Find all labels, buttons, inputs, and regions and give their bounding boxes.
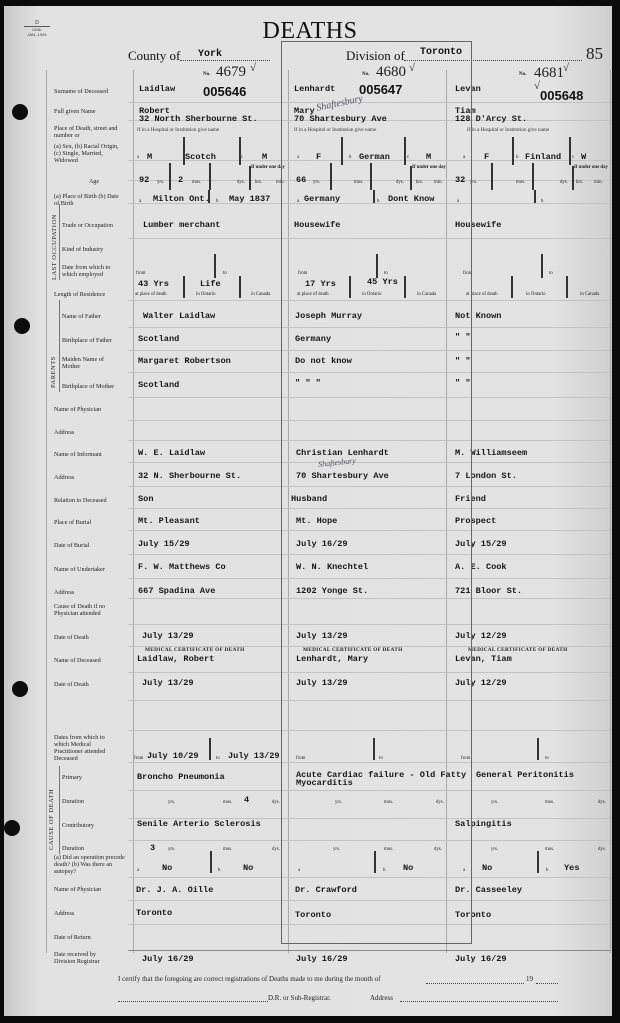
informant-address: 7 London St. <box>455 471 517 481</box>
death-date-2: July 13/29 <box>296 678 348 688</box>
birth-place: Germany <box>304 194 340 204</box>
birth-date: Dont Know <box>388 194 434 204</box>
divider <box>491 163 493 190</box>
divider <box>569 137 571 165</box>
label-return-date: Date of Return <box>54 934 134 941</box>
label-residence: Length of Residence <box>54 291 134 298</box>
informant-name: W. E. Laidlaw <box>138 448 205 458</box>
undertaker-address: 721 Bloor St. <box>455 586 522 596</box>
mother-maiden-name: Margaret Robertson <box>138 356 231 366</box>
punch-hole <box>12 681 28 697</box>
record-number: 4679 <box>216 64 246 81</box>
divider <box>404 137 406 165</box>
checkmark: √ <box>409 62 415 74</box>
trade: Housewife <box>294 220 340 230</box>
residence-place: 43 Yrs <box>138 279 169 289</box>
undertaker-address: 667 Spadina Ave <box>138 586 215 596</box>
marital-status: M <box>262 152 267 162</box>
grid-line <box>128 397 610 398</box>
marital-status: W <box>581 152 586 162</box>
grid-line <box>128 327 610 328</box>
father-birthplace: Scotland <box>138 334 179 344</box>
label-given-name: Full given Name <box>54 108 134 115</box>
registrar-label: D.R. or Sub-Registrar. <box>268 994 331 1002</box>
label-undertaker-address: Address <box>54 589 134 596</box>
divider <box>537 851 539 873</box>
divider <box>330 163 332 190</box>
grid-line <box>128 486 610 487</box>
place-of-death: 70 Shartesbury Ave <box>294 114 387 124</box>
grid-line <box>128 350 610 351</box>
label-place-of-death: Place of Death, street and number or <box>54 125 126 139</box>
label-physician-address: Address <box>54 429 134 436</box>
autopsy: No <box>403 863 413 873</box>
registration-number: 005648 <box>540 88 583 103</box>
grid-line <box>128 672 610 673</box>
place-of-death: 32 North Sherbourne St. <box>139 114 258 124</box>
grid-line <box>128 924 610 925</box>
grid-line <box>128 730 610 731</box>
label-cause-no-physician: Cause of Death if no Physician attended <box>54 603 116 617</box>
divider <box>349 276 351 298</box>
father-birthplace: Germany <box>295 334 331 344</box>
section-cause: CAUSE OF DEATH <box>48 789 55 850</box>
date-received: July 16/29 <box>296 954 348 964</box>
division-value: Toronto <box>420 47 462 58</box>
punch-hole <box>14 318 30 334</box>
undertaker: W. N. Knechtel <box>296 562 368 572</box>
divider <box>214 254 216 278</box>
grid-line <box>128 624 610 625</box>
label-duration-1: Duration <box>62 798 142 805</box>
divider <box>183 276 185 298</box>
informant-name: M. Williamseem <box>455 448 527 458</box>
punch-hole <box>4 820 20 836</box>
residence-place: 17 Yrs <box>305 279 336 289</box>
division-label: Division of <box>346 48 405 64</box>
label-trade: Trade or Occupation <box>62 222 142 229</box>
page-number: 85 <box>586 44 603 64</box>
grid-line <box>128 238 610 239</box>
deceased-name: Laidlaw, Robert <box>137 654 214 664</box>
grid-line <box>128 700 610 701</box>
section-bar <box>59 766 60 854</box>
grid-line <box>128 102 610 103</box>
divider <box>376 254 378 278</box>
label-age: Age <box>54 178 134 185</box>
father-name: Not Known <box>455 311 501 321</box>
section-occupation: LAST OCCUPATION <box>51 214 58 280</box>
grid-line <box>128 578 610 579</box>
burial-place: Mt. Pleasant <box>138 516 200 526</box>
registration-number: 005646 <box>203 84 246 99</box>
operation: No <box>482 863 492 873</box>
physician-address: Toronto <box>295 910 331 920</box>
label-attended-dates: Dates from which to which Medical Practi… <box>54 734 116 762</box>
operation: No <box>162 863 172 873</box>
divider <box>210 851 212 873</box>
grid-line <box>128 554 610 555</box>
label-primary: Primary <box>62 774 142 781</box>
label-burial-date: Date of Burial <box>54 542 134 549</box>
burial-date: July 15/29 <box>138 539 190 549</box>
death-date: July 13/29 <box>142 631 194 641</box>
label-informant-name: Name of Informant <box>54 451 134 458</box>
surname: Laidlaw <box>139 84 175 94</box>
trade: Lumber merchant <box>143 220 220 230</box>
label-surname: Surname of Deceased <box>54 88 134 95</box>
cause-primary: Broncho Pneumonia <box>137 772 225 782</box>
mother-birthplace: Scotland <box>138 380 179 390</box>
divider <box>373 190 375 203</box>
cause-primary: General Peritonitis <box>476 770 574 780</box>
section-bar <box>59 300 60 392</box>
divider <box>404 276 406 298</box>
label-industry: Kind of Industry <box>62 246 142 253</box>
label-birth: (a) Place of Birth (b) Date of Birth <box>54 193 122 207</box>
label-employed-dates: Date from which to which employed <box>62 264 124 278</box>
deceased-name: Levan, Tiam <box>455 654 512 664</box>
attended-to: July 13/29 <box>228 751 280 761</box>
label-burial-place: Place of Burial <box>54 519 134 526</box>
punch-hole <box>12 104 28 120</box>
division-line <box>404 60 582 61</box>
label-received-date: Date received by Division Registrar <box>54 951 116 965</box>
label-mother-maiden: Maiden Name of Mother <box>62 356 118 370</box>
label-sex-race-status: (a) Sex, (b) Racial Origin, (c) Single, … <box>54 143 122 164</box>
age-years: 92 <box>139 175 149 185</box>
divider <box>534 190 536 203</box>
grid-line <box>128 840 610 841</box>
grid-line <box>128 462 610 463</box>
relation: Son <box>138 494 153 504</box>
divider <box>208 190 210 203</box>
surname: Levan <box>455 84 481 94</box>
physician: Dr. Casseeley <box>455 885 522 895</box>
racial-origin: Scotch <box>185 152 216 162</box>
grid-line <box>128 790 610 791</box>
divider <box>373 738 375 760</box>
registration-number: 005647 <box>359 82 402 97</box>
grid-line <box>46 70 47 953</box>
label-death-date-2: Date of Death <box>54 681 134 688</box>
divider <box>537 738 539 760</box>
grid-line <box>128 762 610 763</box>
burial-place: Mt. Hope <box>296 516 337 526</box>
grid-line <box>128 420 610 421</box>
divider <box>512 137 514 165</box>
divider <box>374 851 376 873</box>
autopsy: Yes <box>564 863 579 873</box>
address-line <box>400 1001 558 1002</box>
cause-contributory: Salpingitis <box>455 819 512 829</box>
label-med-address: Address <box>54 910 134 917</box>
section-bar <box>59 204 60 280</box>
grid-line <box>128 440 610 441</box>
death-date-2: July 12/29 <box>455 678 507 688</box>
divider <box>532 163 534 190</box>
racial-origin: Finland <box>525 152 561 162</box>
divider <box>370 163 372 190</box>
divider <box>511 276 513 298</box>
death-date: July 13/29 <box>296 631 348 641</box>
cause-primary-line-2: Myocarditis <box>296 778 353 788</box>
label-undertaker: Name of Undertaker <box>54 566 134 573</box>
page-title: DEATHS <box>0 18 620 45</box>
label-med-physician: Name of Physician <box>54 886 134 893</box>
grid-line <box>610 70 611 953</box>
label-death-date: Date of Death <box>54 634 134 641</box>
undertaker: F. W. Matthews Co <box>138 562 226 572</box>
grid-line <box>128 530 610 531</box>
surname: Lenhardt <box>294 84 335 94</box>
record-number: 4680 <box>376 64 406 81</box>
checkmark: √ <box>563 62 569 74</box>
age-years: 66 <box>296 175 306 185</box>
mother-maiden-name: Do not know <box>295 356 352 366</box>
mother-maiden-name: " " <box>455 356 470 366</box>
divider <box>541 254 543 278</box>
death-date: July 12/29 <box>455 631 507 641</box>
physician: Dr. Crawford <box>295 885 357 895</box>
date-received: July 16/29 <box>142 954 194 964</box>
physician: Dr. J. A. Oille <box>136 885 213 895</box>
burial-place: Prospect <box>455 516 496 526</box>
divider <box>566 276 568 298</box>
age-months: 2 <box>178 175 183 185</box>
informant-address: 32 N. Sherbourne St. <box>138 471 241 481</box>
label-operation-autopsy: (a) Did an operation precede death? (b) … <box>54 854 126 875</box>
mother-birthplace: " " " <box>295 378 321 388</box>
address-label: Address <box>370 994 393 1002</box>
trade: Housewife <box>455 220 501 230</box>
racial-origin: German <box>359 152 390 162</box>
label-father-name: Name of Father <box>62 313 142 320</box>
label-father-birthplace: Birthplace of Father <box>62 337 142 344</box>
autopsy: No <box>243 863 253 873</box>
label-duration-2: Duration <box>62 845 142 852</box>
label-physician-name: Name of Physician <box>54 406 134 413</box>
grid-line <box>128 900 610 901</box>
sex: F <box>316 152 321 162</box>
residence-ontario: Life <box>200 279 221 289</box>
county-line <box>180 60 270 61</box>
section-parents: PARENTS <box>50 356 57 388</box>
birth-place: Milton Ont. <box>153 194 210 204</box>
divider <box>239 276 241 298</box>
cause-contributory: Senile Arterio Sclerosis <box>137 819 261 829</box>
divider <box>169 163 171 190</box>
label-relation: Relation to Deceased <box>54 497 134 504</box>
divider <box>209 163 211 190</box>
duration-1-days: 4 <box>244 795 249 805</box>
year-suffix: 19 <box>526 975 533 983</box>
sex: M <box>147 152 152 162</box>
label-mother-birthplace: Birthplace of Mother <box>62 383 142 390</box>
label-deceased-name: Name of Deceased <box>54 657 134 664</box>
year-line <box>536 983 558 984</box>
checkmark: √ <box>250 62 256 74</box>
burial-date: July 16/29 <box>296 539 348 549</box>
age-years: 32 <box>455 175 465 185</box>
place-of-death: 128 D'Arcy St. <box>455 114 527 124</box>
certification-text: I certify that the foregoing are correct… <box>118 975 380 983</box>
marital-status: M <box>426 152 431 162</box>
county-label: County of <box>128 48 180 64</box>
attended-from: July 10/29 <box>147 751 199 761</box>
father-birthplace: " " <box>455 332 470 342</box>
grid-line <box>128 877 610 878</box>
undertaker-address: 1202 Yonge St. <box>296 586 368 596</box>
grid-line <box>128 598 610 599</box>
registrar-line <box>118 1001 268 1002</box>
month-line <box>426 983 524 984</box>
burial-date: July 15/29 <box>455 539 507 549</box>
grid-line <box>128 300 610 301</box>
physician-address: Toronto <box>136 908 172 918</box>
label-informant-address: Address <box>54 474 134 481</box>
grid-line <box>128 508 610 509</box>
grid-line <box>128 950 610 951</box>
father-name: Joseph Murray <box>295 311 362 321</box>
duration-2-years: 3 <box>150 843 155 853</box>
father-name: Walter Laidlaw <box>143 311 215 321</box>
deceased-name: Lenhardt, Mary <box>296 654 368 664</box>
divider <box>239 137 241 165</box>
divider <box>341 137 343 165</box>
residence-ontario: 45 Yrs <box>367 277 398 287</box>
undertaker: A. E. Cook <box>455 562 507 572</box>
relation: Husband <box>291 494 327 504</box>
birth-date: May 1837 <box>229 194 270 204</box>
informant-address: 70 Shartesbury Ave <box>296 471 389 481</box>
sex: F <box>484 152 489 162</box>
mother-birthplace: " " <box>455 378 470 388</box>
divider <box>209 738 211 760</box>
relation: Friend <box>455 494 486 504</box>
grid-line <box>128 372 610 373</box>
physician-address: Toronto <box>455 910 491 920</box>
county-value: York <box>198 49 222 60</box>
death-date-2: July 13/29 <box>142 678 194 688</box>
label-contributory: Contributory <box>62 822 142 829</box>
date-received: July 16/29 <box>455 954 507 964</box>
